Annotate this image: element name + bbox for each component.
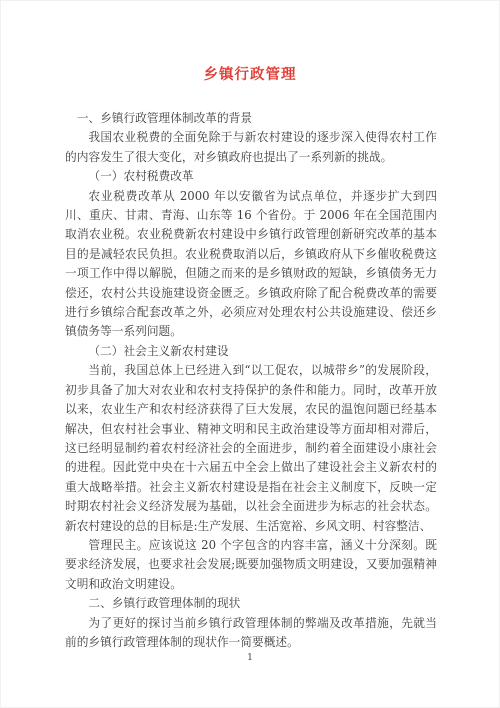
paragraph-8: 二、乡镇行政管理体制的现状 <box>65 594 437 613</box>
paragraph-2: 我国农业税费的全面免除于与新农村建设的逐步深入使得农村工作的内容发生了很大变化，… <box>65 128 437 167</box>
paragraph-5: （二）社会主义新农村建设 <box>65 342 437 361</box>
paragraph-9: 为了更好的探讨当前乡镇行政管理体制的弊端及改革措施，先就当前的乡镇行政管理体制的… <box>65 614 437 653</box>
document-title: 乡镇行政管理 <box>1 63 499 84</box>
document-page: 乡镇行政管理 一、乡镇行政管理体制改革的背景我国农业税费的全面免除于与新农村建设… <box>0 0 500 708</box>
paragraph-7: 管理民主。应该说这 20 个字包含的内容丰富，涵义十分深刻。既要求经济发展，也要… <box>65 536 437 594</box>
document-body: 一、乡镇行政管理体制改革的背景我国农业税费的全面免除于与新农村建设的逐步深入使得… <box>65 109 437 652</box>
paragraph-6: 当前，我国总体上已经进入到“以工促农，以城带乡”的发展阶段，初步具备了加大对农业… <box>65 361 437 536</box>
page-number: 1 <box>1 652 499 663</box>
paragraph-4: 农业税费改革从 2000 年以安徽省为试点单位，并逐步扩大到四川、重庆、甘肃、青… <box>65 187 437 342</box>
paragraph-3: （一）农村税费改革 <box>65 167 437 186</box>
paragraph-1: 一、乡镇行政管理体制改革的背景 <box>65 109 437 128</box>
